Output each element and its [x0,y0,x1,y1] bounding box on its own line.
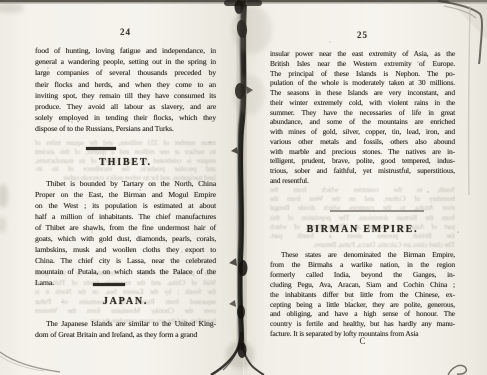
right-continuation-paragraph: insular power near the east extremity of… [270,49,455,186]
text-line: produce. They avoid all labour as slaver… [35,101,216,112]
text-line: their winter extremely cold, with violen… [270,98,455,108]
page-number-left: 24 [35,27,216,37]
thibet-paragraph: Thibet is bounded by Tartary on the Nort… [35,178,216,288]
text-line: with marble and precious stones. The nat… [270,147,455,157]
text-line: Lama. [35,277,216,288]
text-line: country is fertile and healthy, but has … [270,319,455,329]
text-line: formerly called India, beyond the Ganges… [270,270,455,280]
text-line: boundary of Culture, and on the West fro… [270,195,455,204]
text-line: British Isles near the Western extremity… [270,59,455,69]
text-line: Proper on the East, the Birman and Mogul… [35,189,216,200]
text-line: telligent, prudent, brave, polite, good … [270,156,455,166]
text-line: on the West ; its population is estimate… [35,200,216,211]
text-line: The principal of these Islands is Nephon… [270,69,455,79]
book-scan: 24 food of hunting, loving fatigue and i… [0,0,487,375]
text-line: large companies of several thousands pre… [35,67,216,78]
section-rule-thibet [86,147,116,150]
birman-paragraph: These states are denominated the Birman … [270,250,455,339]
text-line: mean number of 333 millions, and the squ… [35,139,216,148]
text-line: half a million of inhabitants. The chief… [35,211,216,222]
text-line: of Thibet are shawls, from the fine unde… [35,222,216,233]
text-line: their flocks and herds, and when they co… [35,79,216,90]
bleedthrough-text-right: South, to the countries which from thebo… [270,186,455,250]
section-heading-thibet: THIBET. [35,157,216,168]
text-line: over the Chotsky Mountains form the West… [35,307,216,317]
bleedthrough-rule [330,210,424,212]
text-line: abundance, and some of the mountains are… [270,117,455,127]
text-line: its surface at one million and a quarter… [35,148,216,157]
text-line: solely employed in tending their flocks,… [35,112,216,123]
text-line: China. The chief city is Lassa, near the… [35,255,216,266]
text-line: trious, sober and faithful, yet mistrust… [270,166,455,176]
right-page: 25 insular power near the east extremity… [244,0,487,375]
japan-paragraph: The Japanese Islands are similar to the … [35,318,216,340]
text-line: These states are denominated the Birman … [270,250,455,260]
text-line: food of hunting, loving fatigue and inde… [35,45,216,56]
text-line: various other metals and fossils, others… [270,137,455,147]
text-line: with mines of gold, silver, copper, tin,… [270,127,455,137]
text-line: Thibet is bounded by Tartary on the Nort… [35,178,216,189]
text-line: lambskins, musk and woollen cloths they … [35,244,216,255]
text-line: cepting being a little blacker, they are… [270,300,455,310]
text-line: The Japanese Islands are similar to the … [35,318,216,329]
text-line: inviting spot, they remain till they hav… [35,90,216,101]
left-continuation-paragraph: food of hunting, loving fatigue and inde… [35,45,216,135]
text-line: from the Birman dominions. The populatio… [270,214,455,223]
text-line: and obliging, and have a high sense of h… [270,309,455,319]
text-line: pulation of the whole is moderately take… [270,78,455,88]
text-line: from the Birmahs a warlike nation, in th… [270,260,455,270]
text-line: the inhabitants differ but little from t… [270,290,455,300]
text-line: goats, which with gold dust, diamonds, p… [35,233,216,244]
text-line: dispose of to the Russians, Persians and… [35,123,216,134]
section-heading-japan: JAPAN. [35,296,216,307]
text-line: dom of Great Britain and Ireland, as the… [35,329,216,340]
left-page: 24 food of hunting, loving fatigue and i… [0,0,243,375]
text-line: South, to the countries which from the [270,186,455,195]
text-line: The seasons in these Islands are very in… [270,88,455,98]
section-heading-birman-empire: BIRMAN EMPIRE. [270,224,455,235]
text-line: insular power near the east extremity of… [270,49,455,59]
catchword: C [270,336,455,346]
page-number-right: 25 [270,30,455,40]
text-line: cluding Pegu, Ava, Aracan, Siam and Coch… [270,280,455,290]
text-line: general a wandering people, setting out … [35,56,216,67]
text-line: summer. They have the necessaries of lif… [270,108,455,118]
text-line: and resentful. [270,176,455,186]
text-line: mountain of Putala, on which stands the … [35,266,216,277]
